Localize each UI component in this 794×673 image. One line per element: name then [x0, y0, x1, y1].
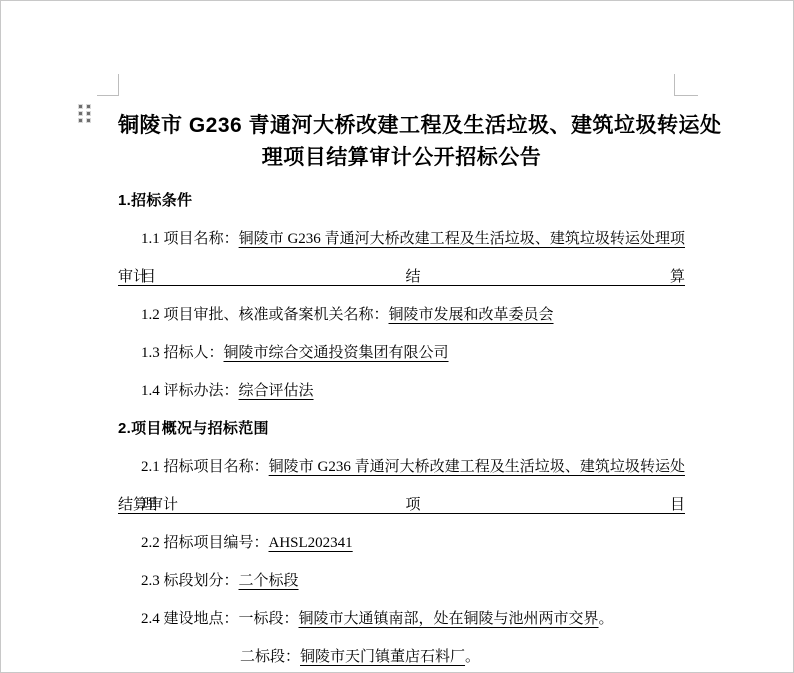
- text-line: 1.2 项目审批、核准或备案机关名称：铜陵市发展和改革委员会: [118, 296, 685, 334]
- text-line: 2.4 建设地点：一标段：铜陵市大通镇南部，处在铜陵与池州两市交界。: [118, 600, 685, 638]
- text-line: 二标段：铜陵市天门镇董店石料厂。: [118, 638, 685, 673]
- text-boundary-mark-top-right: [674, 74, 675, 96]
- drag-handle-icon[interactable]: [79, 105, 93, 124]
- text-line: 1.4 评标办法：综合评估法: [118, 372, 685, 410]
- underlined-value: 铜陵市发展和改革委员会: [389, 307, 554, 323]
- underlined-value: AHSL202341: [269, 535, 353, 551]
- underlined-value: 铜陵市天门镇董店石料厂: [300, 649, 465, 665]
- underlined-value: 审计: [118, 269, 148, 285]
- text-run: 2.4 建设地点：一标段：: [141, 611, 299, 627]
- text-boundary-mark-top-right: [674, 95, 698, 96]
- text-run: 2.1 招标项目名称：: [141, 459, 269, 475]
- text-line: 2.2 招标项目编号：AHSL202341: [118, 524, 685, 562]
- text-line: 1.1 项目名称：铜陵市 G236 青通河大桥改建工程及生活垃圾、建筑垃圾转运处…: [118, 220, 685, 258]
- text-run: 2.3 标段划分：: [141, 573, 239, 589]
- text-boundary-mark-top-left: [97, 95, 119, 96]
- document-title-line-1: 铜陵市 G236 青通河大桥改建工程及生活垃圾、建筑垃圾转运处: [118, 110, 685, 142]
- text-run: 1.1 项目名称：: [141, 231, 239, 247]
- document-body: 1.招标条件1.1 项目名称：铜陵市 G236 青通河大桥改建工程及生活垃圾、建…: [118, 182, 685, 673]
- document-title-line-2: 理项目结算审计公开招标公告: [118, 142, 685, 174]
- text-run: 1.3 招标人：: [141, 345, 224, 361]
- text-line: 2.1 招标项目名称：铜陵市 G236 青通河大桥改建工程及生活垃圾、建筑垃圾转…: [118, 448, 685, 486]
- underlined-value: 铜陵市综合交通投资集团有限公司: [224, 345, 449, 361]
- text-run: 1.2 项目审批、核准或备案机关名称：: [141, 307, 389, 323]
- text-line: 2.3 标段划分：二个标段: [118, 562, 685, 600]
- text-run: 。: [599, 611, 614, 627]
- section-heading: 1.招标条件: [118, 182, 685, 220]
- text-run: 1.4 评标办法：: [141, 383, 239, 399]
- document-page: 铜陵市 G236 青通河大桥改建工程及生活垃圾、建筑垃圾转运处 理项目结算审计公…: [0, 0, 794, 673]
- text-run: 2.2 招标项目编号：: [141, 535, 269, 551]
- underlined-value: 综合评估法: [239, 383, 314, 399]
- text-run: 。: [465, 649, 480, 665]
- text-line: 1.3 招标人：铜陵市综合交通投资集团有限公司: [118, 334, 685, 372]
- document-title: 铜陵市 G236 青通河大桥改建工程及生活垃圾、建筑垃圾转运处 理项目结算审计公…: [118, 110, 685, 174]
- underlined-value: 铜陵市大通镇南部，处在铜陵与池州两市交界: [299, 611, 599, 627]
- text-run: 二标段：: [240, 649, 300, 665]
- section-heading: 2.项目概况与招标范围: [118, 410, 685, 448]
- text-boundary-mark-top-left: [118, 74, 119, 96]
- text-run: 2.项目概况与招标范围: [118, 420, 269, 437]
- underlined-value: 结算审计: [118, 497, 178, 513]
- underlined-value: 二个标段: [239, 573, 299, 589]
- text-run: 1.招标条件: [118, 192, 192, 209]
